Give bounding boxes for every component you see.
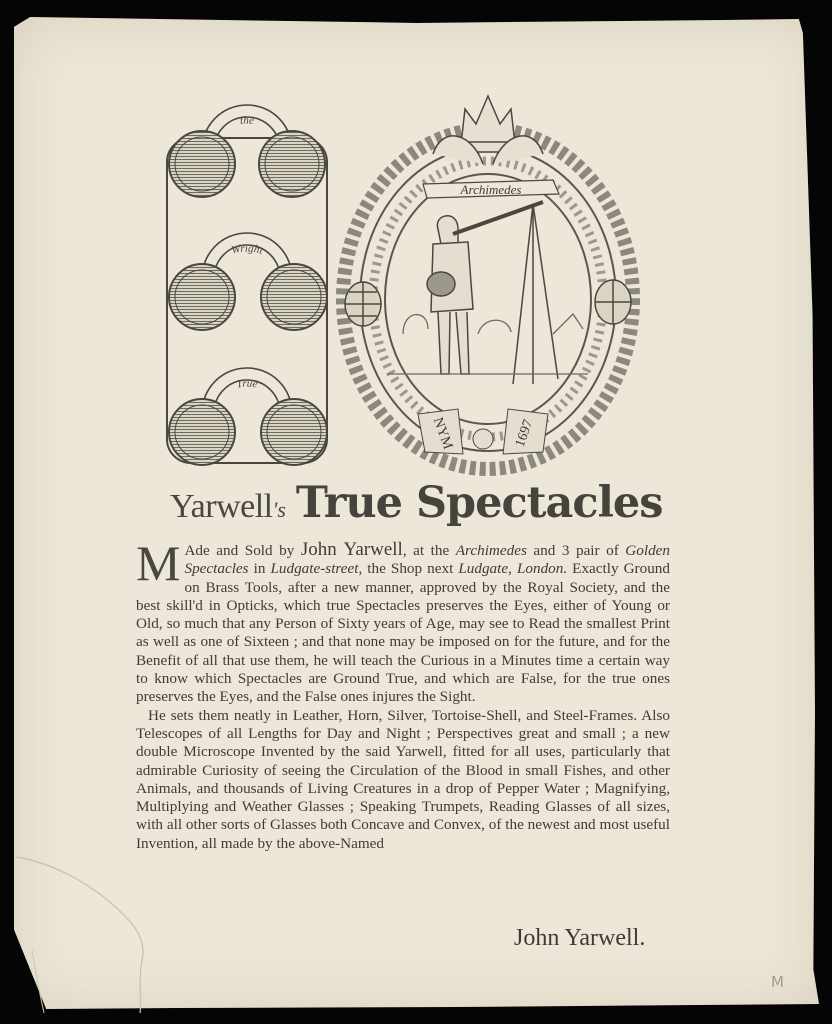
shield-left-icon (345, 282, 381, 326)
spectacles-illustration: the Wright True (162, 98, 332, 468)
archimedes-medallion: Archimedes NYM 1697 (333, 84, 643, 479)
signature: John Yarwell. (514, 925, 645, 952)
paragraph-2: He sets them neatly in Leather, Horn, Si… (136, 707, 670, 853)
svg-text:True: True (236, 378, 259, 391)
broadside-title: Yarwell's True Spectacles (170, 478, 660, 528)
advertisement-body: MAde and Sold by John Yarwell, at the Ar… (136, 541, 670, 853)
drop-cap: M (136, 543, 180, 583)
city-name: London. (517, 560, 567, 577)
svg-text:Wright: Wright (230, 243, 265, 258)
shield-right-icon (595, 280, 631, 324)
title-name: Yarwell (170, 488, 273, 525)
shop-sign: Archimedes (456, 542, 527, 559)
title-possessive: 's (273, 497, 286, 522)
title-blackletter: True Spectacles (296, 478, 663, 528)
maker-name: John Yarwell (301, 539, 403, 560)
pencil-margin-mark: M (771, 973, 784, 991)
street-name: Ludgate-street (270, 560, 358, 577)
paragraph-1: MAde and Sold by John Yarwell, at the Ar… (136, 541, 670, 707)
svg-text:the: the (239, 115, 254, 127)
svg-text:Archimedes: Archimedes (460, 182, 522, 197)
archimedes-banner: Archimedes (423, 180, 559, 198)
